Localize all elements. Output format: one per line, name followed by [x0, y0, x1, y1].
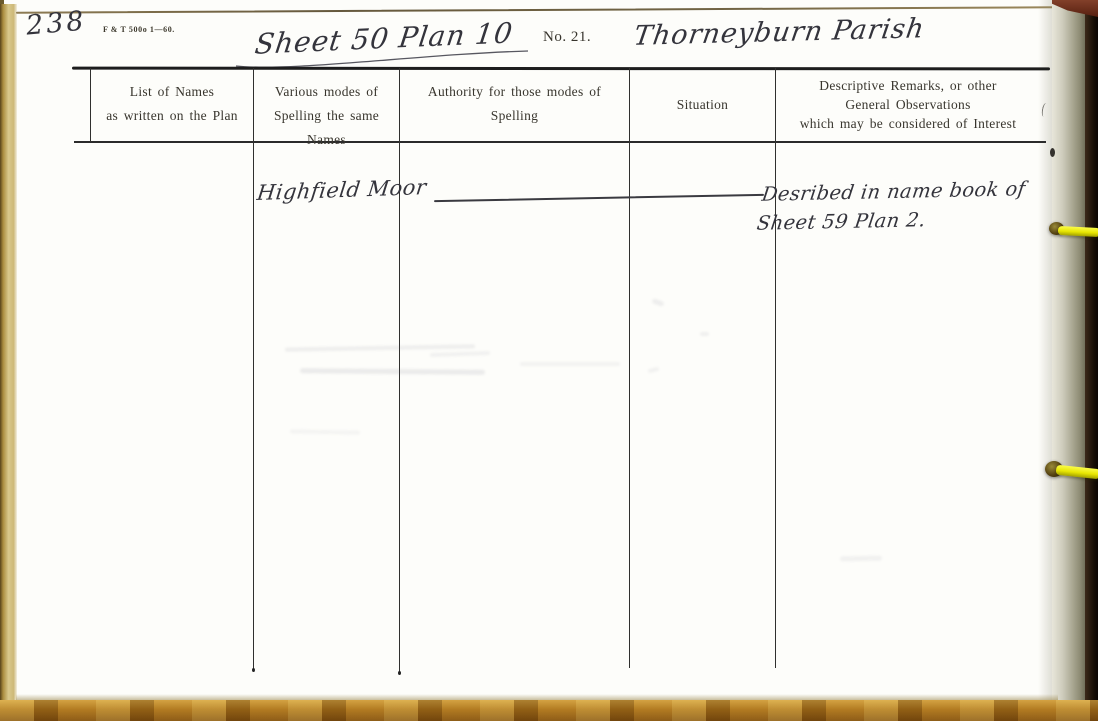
column-header-situation: Situation: [631, 93, 774, 117]
page-number: 238: [25, 5, 88, 41]
column-divider-1: [253, 68, 254, 670]
parish-title: Thorneyburn Parish: [632, 13, 927, 52]
header-line: Situation: [631, 93, 774, 117]
entry-remarks-line-2: Sheet 59 Plan 2.: [755, 208, 927, 235]
page-bottom-edge: [16, 694, 1058, 700]
ink-showthrough: [290, 429, 360, 434]
header-line: which may be considered of Interest: [777, 114, 1039, 133]
stacked-page-edges: [1052, 0, 1086, 721]
ink-blob: [1050, 148, 1055, 157]
paper-speck: [648, 367, 660, 374]
header-line: Spelling: [401, 104, 628, 128]
sheet-plan-title: Sheet 50 Plan 10: [253, 16, 515, 60]
ink-showthrough: [285, 344, 475, 351]
ink-showthrough: [300, 368, 485, 375]
header-line: Authority for those modes of: [401, 80, 628, 104]
entry-spelling: Highfield Moor: [256, 175, 428, 205]
column-divider-4: [775, 68, 776, 668]
paper-speck: [652, 298, 665, 307]
column-header-spelling-modes: Various modes of Spelling the same Names: [255, 80, 398, 152]
ink-showthrough: [840, 556, 882, 562]
ink-showthrough: [520, 362, 620, 366]
column-divider-3: [629, 68, 630, 668]
header-line: as written on the Plan: [92, 104, 252, 128]
header-line: General Observations: [777, 95, 1039, 114]
number-label: No. 21.: [543, 29, 591, 46]
header-line: Various modes of: [255, 80, 398, 104]
header-line: Descriptive Remarks, or other: [777, 76, 1039, 95]
scanned-register-page: 238 F & T 500o 1—60. Sheet 50 Plan 10 No…: [0, 0, 1098, 721]
table-top-rule: [72, 67, 1050, 70]
page-top-edge-line: [16, 6, 1056, 13]
paper-speck: [700, 332, 709, 336]
column-header-remarks: Descriptive Remarks, or other General Ob…: [777, 76, 1039, 133]
header-line: List of Names: [92, 80, 252, 104]
column-header-authority: Authority for those modes of Spelling: [401, 80, 628, 128]
entry-ditto-dash: [434, 194, 764, 202]
header-line: Spelling the same Names: [255, 104, 398, 152]
column-header-names: List of Names as written on the Plan: [92, 80, 252, 128]
line-end-dot: [252, 668, 255, 672]
binding-board: [1085, 0, 1098, 721]
page-left-tan-edge: [0, 4, 17, 704]
wooden-desk-edge: [0, 700, 1098, 721]
entry-remarks-line-1: Desribed in name book of: [760, 177, 1026, 206]
ink-showthrough: [430, 351, 490, 357]
table-header-rule: [74, 141, 1046, 143]
line-end-dot: [398, 671, 401, 675]
form-code: F & T 500o 1—60.: [103, 25, 175, 34]
